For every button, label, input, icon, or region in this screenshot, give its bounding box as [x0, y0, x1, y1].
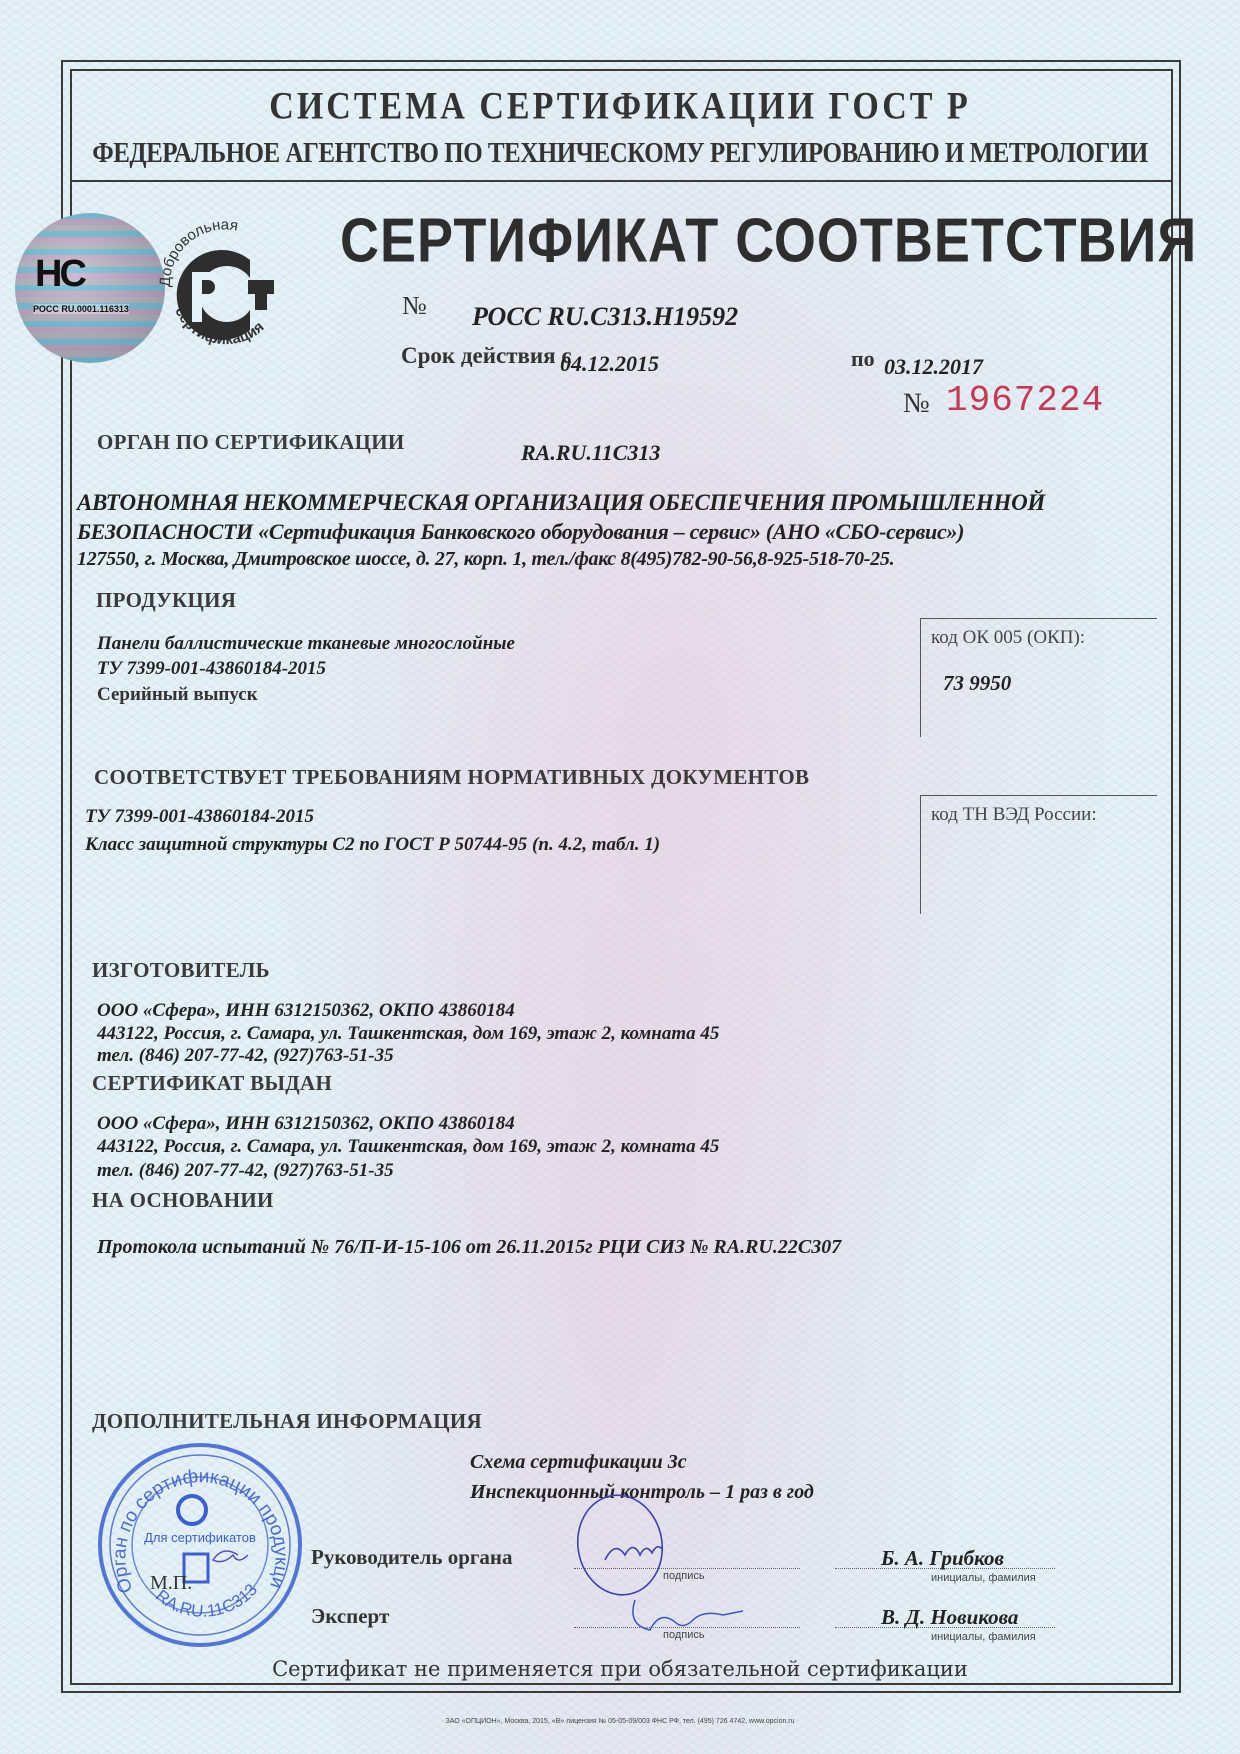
system-title: СИСТЕМА СЕРТИФИКАЦИИ ГОСТ Р	[0, 85, 1240, 129]
document-title: СЕРТИФИКАТ СООТВЕТСТВИЯ	[340, 205, 1197, 276]
certification-body-line: БЕЗОПАСНОСТИ «Сертификация Банковского о…	[77, 519, 964, 545]
tnved-code-label: код ТН ВЭД России:	[931, 804, 1097, 826]
conformity-document: ТУ 7399-001-43860184-2015	[85, 806, 314, 828]
disclaimer: Сертификат не применяется при обязательн…	[0, 1657, 1240, 1681]
rst-logo-icon: Добровольная сертификация	[150, 212, 290, 362]
issued-to-line: 443122, Россия, г. Самара, ул. Ташкентск…	[97, 1136, 719, 1158]
issued-to-label: СЕРТИФИКАТ ВЫДАН	[92, 1071, 332, 1096]
name-caption: инициалы, фамилия	[931, 1631, 1036, 1643]
conformity-label: СООТВЕТСТВУЕТ ТРЕБОВАНИЯМ НОРМАТИВНЫХ ДО…	[94, 765, 809, 790]
okp-code-value: 73 9950	[943, 671, 1011, 696]
product-release-type: Серийный выпуск	[97, 684, 258, 706]
conformity-document: Класс защитной структуры С2 по ГОСТ Р 50…	[85, 834, 660, 856]
manufacturer-line: 443122, Россия, г. Самара, ул. Ташкентск…	[97, 1023, 719, 1045]
head-name: Б. А. Грибков	[881, 1546, 1004, 1571]
expert-label: Эксперт	[311, 1604, 389, 1629]
valid-to-date: 03.12.2017	[884, 354, 983, 380]
expert-name: В. Д. Новикова	[881, 1605, 1018, 1630]
manufacturer-label: ИЗГОТОВИТЕЛЬ	[92, 958, 270, 983]
certification-body-code: RA.RU.11C313	[521, 440, 660, 466]
agency-name: ФЕДЕРАЛЬНОЕ АГЕНТСТВО ПО ТЕХНИЧЕСКОМУ РЕ…	[0, 138, 1240, 170]
seal-stamp-icon: Орган по сертификации продукции RA.RU.11…	[88, 1440, 313, 1650]
basis-label: НА ОСНОВАНИИ	[92, 1188, 274, 1213]
signature-caption: подпись	[663, 1570, 705, 1582]
blank-number-sign: №	[903, 388, 930, 420]
okp-code-box: код ОК 005 (ОКП): 73 9950	[920, 618, 1157, 737]
product-label: ПРОДУКЦИЯ	[96, 588, 236, 613]
certification-body-label: ОРГАН ПО СЕРТИФИКАЦИИ	[97, 430, 405, 455]
product-name: Панели баллистические тканевые многослой…	[97, 633, 515, 655]
okp-code-label: код ОК 005 (ОКП):	[931, 627, 1085, 649]
stamp-inner-text: Для сертификатов	[144, 1530, 256, 1545]
number-sign: №	[402, 291, 427, 321]
certification-scheme: Схема сертификации 3с	[470, 1451, 687, 1474]
product-spec: ТУ 7399-001-43860184-2015	[97, 658, 326, 680]
expert-signature-line	[574, 1627, 800, 1628]
manufacturer-line: тел. (846) 207-77-42, (927)763-51-35	[97, 1045, 394, 1067]
head-of-body-label: Руководитель органа	[311, 1545, 513, 1570]
valid-from-date: 04.12.2015	[560, 351, 659, 377]
head-signature-line	[574, 1568, 800, 1569]
blank-serial-number: 1967224	[946, 380, 1104, 421]
certification-body-address: 127550, г. Москва, Дмитровское шоссе, д.…	[77, 548, 894, 571]
seal-place-label: М.П.	[150, 1572, 192, 1595]
hologram-sticker-icon: НС РОСС RU.0001.116313	[15, 213, 165, 363]
manufacturer-line: ООО «Сфера», ИНН 6312150362, ОКПО 438601…	[97, 1000, 515, 1022]
certificate-number: РОСС RU.C313.H19592	[472, 302, 738, 332]
name-caption: инициалы, фамилия	[931, 1572, 1036, 1584]
header-divider	[70, 180, 1173, 182]
hologram-code: РОСС RU.0001.116313	[33, 304, 129, 314]
printer-imprint: ЗАО «ОПЦИОН», Москва, 2015, «В» лицензия…	[0, 1718, 1240, 1725]
issued-to-line: тел. (846) 207-77-42, (927)763-51-35	[97, 1160, 394, 1182]
basis-text: Протокола испытаний № 76/П-И-15-106 от 2…	[97, 1236, 841, 1259]
valid-to-label: по	[851, 346, 875, 372]
issued-to-line: ООО «Сфера», ИНН 6312150362, ОКПО 438601…	[97, 1113, 515, 1135]
certification-body-line: АВТОНОМНАЯ НЕКОММЕРЧЕСКАЯ ОРГАНИЗАЦИЯ ОБ…	[77, 490, 1045, 516]
tnved-code-box: код ТН ВЭД России:	[920, 795, 1157, 914]
validity-label: Срок действия с	[401, 343, 572, 369]
additional-info-label: ДОПОЛНИТЕЛЬНАЯ ИНФОРМАЦИЯ	[92, 1409, 482, 1434]
hologram-mark: НС	[35, 253, 84, 296]
signature-caption: подпись	[663, 1629, 705, 1641]
